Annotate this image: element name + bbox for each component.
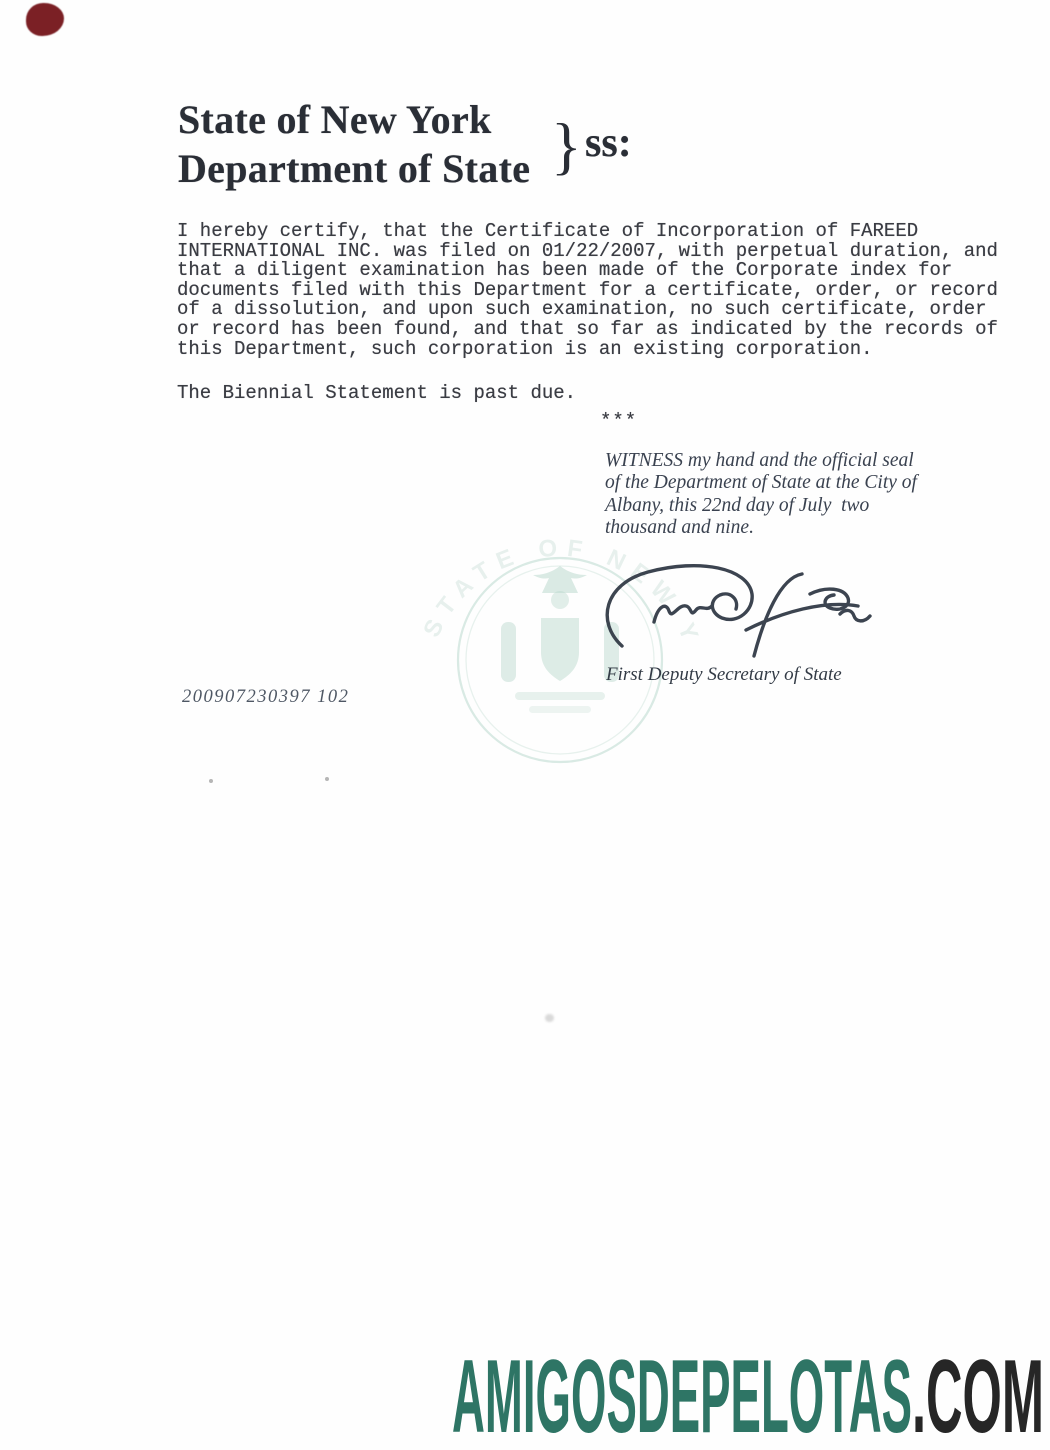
scan-smudge [545, 1014, 554, 1022]
scanned-certificate-page: State of New York Department of State } … [0, 0, 1050, 1450]
ss-brace: } [551, 114, 582, 178]
signer-title: First Deputy Secretary of State [606, 664, 842, 686]
certification-paragraph: I hereby certify, that the Certificate o… [177, 222, 998, 359]
signature-image [596, 560, 876, 668]
watermark-tld: .COM [912, 1346, 1044, 1446]
biennial-statement-line: The Biennial Statement is past due. [177, 384, 576, 404]
watermark: AMIGOSDEPELOTAS .COM [452, 1346, 1050, 1446]
header-state-line: State of New York [178, 98, 492, 142]
scan-speck [209, 779, 213, 783]
header-department-line: Department of State [178, 147, 530, 191]
watermark-site-name: AMIGOSDEPELOTAS [452, 1346, 912, 1446]
asterisk-separator: *** [600, 412, 637, 432]
scan-artifact-red-mark [26, 3, 64, 36]
scan-speck [325, 777, 329, 781]
ss-label: ss: [585, 122, 632, 164]
document-number: 200907230397 102 [182, 687, 349, 708]
